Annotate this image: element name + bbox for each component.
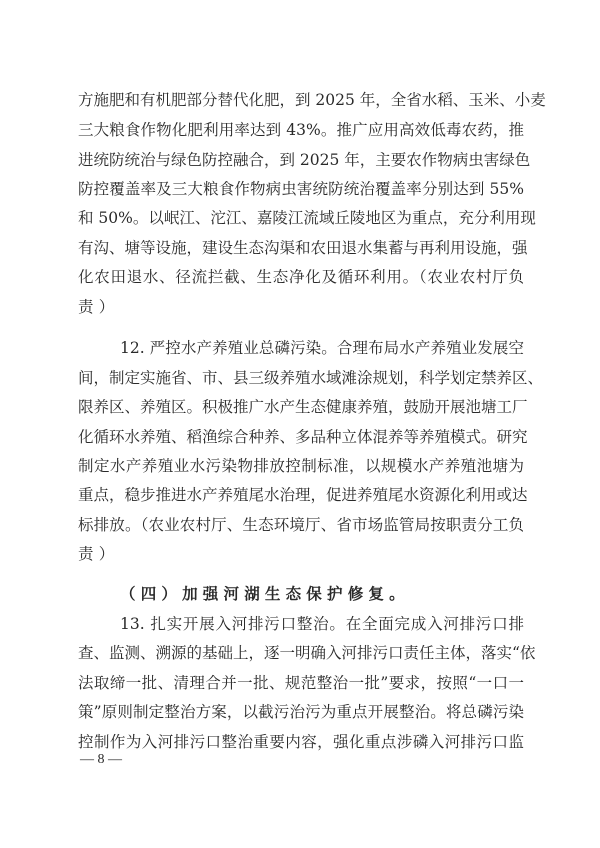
paragraph-line: 制定水产养殖业水污染物排放控制标准，以规模水产养殖池塘为 [78, 455, 524, 477]
paragraph-line: 三大粮食作物化肥利用率达到 43%。推广应用高效低毒农药，推 [78, 119, 524, 141]
paragraph-line: 责） [78, 543, 524, 565]
paragraph-line: 重点，稳步推进水产养殖尾水治理，促进养殖尾水资源化利用或达 [78, 484, 524, 506]
paragraph-line: 和 50%。以岷江、沱江、嘉陵江流域丘陵地区为重点，充分利用现 [78, 207, 524, 229]
section-heading: （四）加强河湖生态保护修复。 [120, 583, 524, 605]
paragraph-line: 化循环水养殖、稻渔综合种养、多品种立体混养等养殖模式。研究 [78, 426, 524, 448]
page-number: — 8 — [80, 752, 122, 768]
document-page: 方施肥和有机肥部分替代化肥，到 2025 年，全省水稻、玉米、小麦 三大粮食作物… [0, 0, 600, 848]
paragraph-line: 策”原则制定整治方案，以截污治污为重点开展整治。将总磷污染 [78, 701, 524, 723]
paragraph-line: 化农田退水、径流拦截、生态净化及循环利用。（农业农村厅负 [78, 266, 524, 288]
paragraph-line: 12. 严控水产养殖业总磷污染。合理布局水产养殖业发展空 [120, 337, 524, 359]
paragraph-line: 法取缔一批、清理合并一批、规范整治一批”要求，按照“一口一 [78, 672, 524, 694]
paragraph-line: 标排放。（农业农村厅、生态环境厅、省市场监管局按职责分工负 [78, 514, 524, 536]
paragraph-line: 防控覆盖率及三大粮食作物病虫害统防统治覆盖率分别达到 55% [78, 178, 524, 200]
paragraph-line: 13. 扎实开展入河排污口整治。在全面完成入河排污口排 [120, 613, 524, 635]
paragraph-line: 方施肥和有机肥部分替代化肥，到 2025 年，全省水稻、玉米、小麦 [78, 89, 524, 111]
paragraph-line: 限养区、养殖区。积极推广水产生态健康养殖，鼓励开展池塘工厂 [78, 396, 524, 418]
paragraph-line: 查、监测、溯源的基础上，逐一明确入河排污口责任主体，落实“依 [78, 642, 524, 664]
paragraph-line: 间，制定实施省、市、县三级养殖水域滩涂规划，科学划定禁养区、 [78, 367, 524, 389]
paragraph-line: 控制作为入河排污口整治重要内容，强化重点涉磷入河排污口监 [78, 731, 524, 753]
paragraph-line: 有沟、塘等设施，建设生态沟渠和农田退水集蓄与再利用设施，强 [78, 237, 524, 259]
paragraph-line: 进统防统治与绿色防控融合，到 2025 年，主要农作物病虫害绿色 [78, 149, 524, 171]
paragraph-line: 责） [78, 296, 524, 318]
